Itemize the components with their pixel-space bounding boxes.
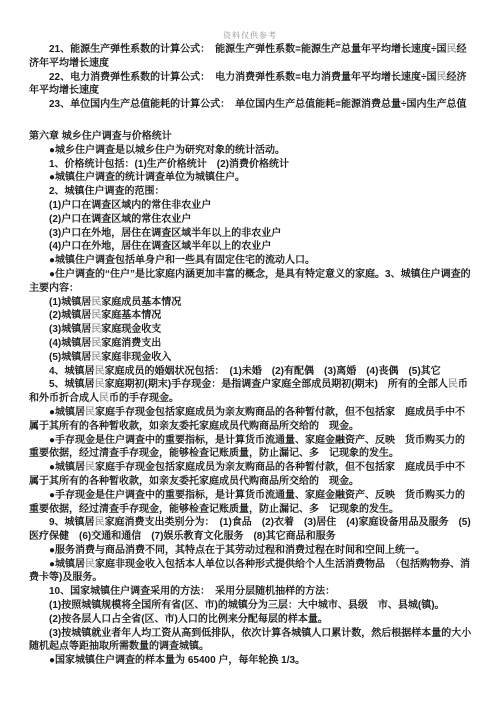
light-glyph: 民 [91, 324, 101, 335]
paragraph: ●城镇住户调查包括单身户和一些具有固定住宅的流动人口。 [29, 254, 473, 268]
paragraph: 1、价格统计包括：(1)生产价格统计 (2)消费价格统计 [29, 158, 473, 172]
paragraph: ●城镇居民家庭手存现金包括家庭成员为亲友购商品的各种暂付款，但不包括家 庭成员手… [29, 406, 473, 434]
light-glyph: 民 [85, 407, 95, 418]
paragraph: 5、城镇居民家庭期初(期末)手存现金：是指调查户家庭全部成员期初(期末) 所有的… [29, 378, 473, 406]
light-glyph: 民 [446, 44, 456, 55]
paragraph: (2)户口在调查区域的常住农业户 [29, 213, 473, 227]
paragraph: (1)城镇居民家庭成员基本情况 [29, 296, 473, 310]
light-glyph: 民 [99, 393, 109, 404]
paragraph: ●服务消费与商品消费不同，其特点在于其劳动过程和消费过程在时间和空间上统一。 [29, 544, 473, 558]
paragraph: ●住户调查的“住户”是比家庭内涵更加丰富的概念，是具有特定意义的家庭。3、城镇住… [29, 268, 473, 296]
chapter-title: 第六章 城乡住户调查与价格统计 [29, 130, 473, 144]
paragraph: ●城镇居民家庭非现金收入包括本人单位以各种形式提供给个人生活消费物品 （包括购物… [29, 558, 473, 586]
paragraph: ●手存现金是住户调查中的重要指标，是计算货币流通量、家庭金融资产、反映 货币购买… [29, 489, 473, 517]
paragraph: (4)户口在外地，居住在调查区域半年以上的农业户 [29, 240, 473, 254]
paragraph: (1)按照城镇规模将全国所有省(区、市)的城镇分为三层：大中城市、县级 市、县城… [29, 599, 473, 613]
light-glyph: 民 [91, 352, 101, 363]
document-page: 资料仅供参考 21、能源生产弹性系数的计算公式： 能源生产弹性系数=能源生产总量… [0, 0, 500, 707]
paragraph: 2、城镇住户调查的范围： [29, 185, 473, 199]
light-glyph: 民 [95, 366, 105, 377]
paragraph: ●国家城镇住户调查的样本量为 65400 户，每年轮换 1/3。 [29, 654, 473, 668]
paragraph: (2)按各层人口占全省(区、市)人口的比例来分配每层的样本量。 [29, 613, 473, 627]
light-glyph: 民 [91, 297, 101, 308]
paragraph: ●城乡住户调查是以城乡住户为研究对象的统计活动。 [29, 144, 473, 158]
paragraph: 22、电力消费弹性系数的计算公式： 电力消费弹性系数=电力消费量年平均增长速度÷… [29, 71, 473, 99]
light-glyph: 民 [95, 517, 105, 528]
paragraph: ●手存现金是住户调查中的重要指标，是计算货币流通量、家庭金融资产、反映 货币购买… [29, 434, 473, 462]
paragraph: 4、城镇居民家庭成员的婚姻状况包括： (1)未婚 (2)有配偶 (3)离婚 (4… [29, 365, 473, 379]
paragraph: (3)户口在外地，居住在调查区域半年以上的非农业户 [29, 227, 473, 241]
paragraph: (3)城镇居民家庭现金收支 [29, 323, 473, 337]
paragraph: 10、国家城镇住户调查采用的方法： 采用分层随机抽样的方法： [29, 585, 473, 599]
light-glyph: 民 [448, 379, 458, 390]
intro-section: 21、能源生产弹性系数的计算公式： 能源生产弹性系数=能源生产总量年平均增长速度… [0, 0, 500, 112]
light-glyph: 民 [85, 559, 95, 570]
light-glyph: 民 [436, 72, 446, 83]
light-glyph: 民 [91, 338, 101, 349]
paragraph: (1)户口在调查区域内的常住非农业户 [29, 199, 473, 213]
paragraph: (2)城镇居民家庭基本情况 [29, 309, 473, 323]
paragraph: (4)城镇居民家庭消费支出 [29, 337, 473, 351]
paragraph: ●城镇住户调查的统计调查单位为城镇住户。 [29, 171, 473, 185]
chapter-section: 第六章 城乡住户调查与价格统计 ●城乡住户调查是以城乡住户为研究对象的统计活动。… [0, 112, 500, 668]
paragraph: ●城镇居民家庭手存现金包括家庭成员为亲友购商品的各种暂付款，但不包括家 庭成员手… [29, 461, 473, 489]
watermark-text: 资料仅供参考 [0, 30, 500, 41]
paragraph: (5)城镇居民家庭非现金收入 [29, 351, 473, 365]
paragraph: (3)按城镇就业者年人均工资从高到低排队，依次计算各城镇人口累计数，然后根据样本… [29, 627, 473, 655]
chapter-body: ●城乡住户调查是以城乡住户为研究对象的统计活动。1、价格统计包括：(1)生产价格… [29, 144, 473, 668]
paragraph: 21、能源生产弹性系数的计算公式： 能源生产弹性系数=能源生产总量年平均增长速度… [29, 43, 473, 71]
light-glyph: 民 [91, 310, 101, 321]
light-glyph: 民 [95, 379, 105, 390]
light-glyph: 民 [85, 462, 95, 473]
paragraph: 9、城镇居民家庭消费支出类别分为： (1)食品 (2)衣着 (3)居住 (4)家… [29, 516, 473, 544]
paragraph: 23、单位国内生产总值能耗的计算公式： 单位国内生产总值能耗=能源消费总量÷国内… [29, 98, 473, 112]
